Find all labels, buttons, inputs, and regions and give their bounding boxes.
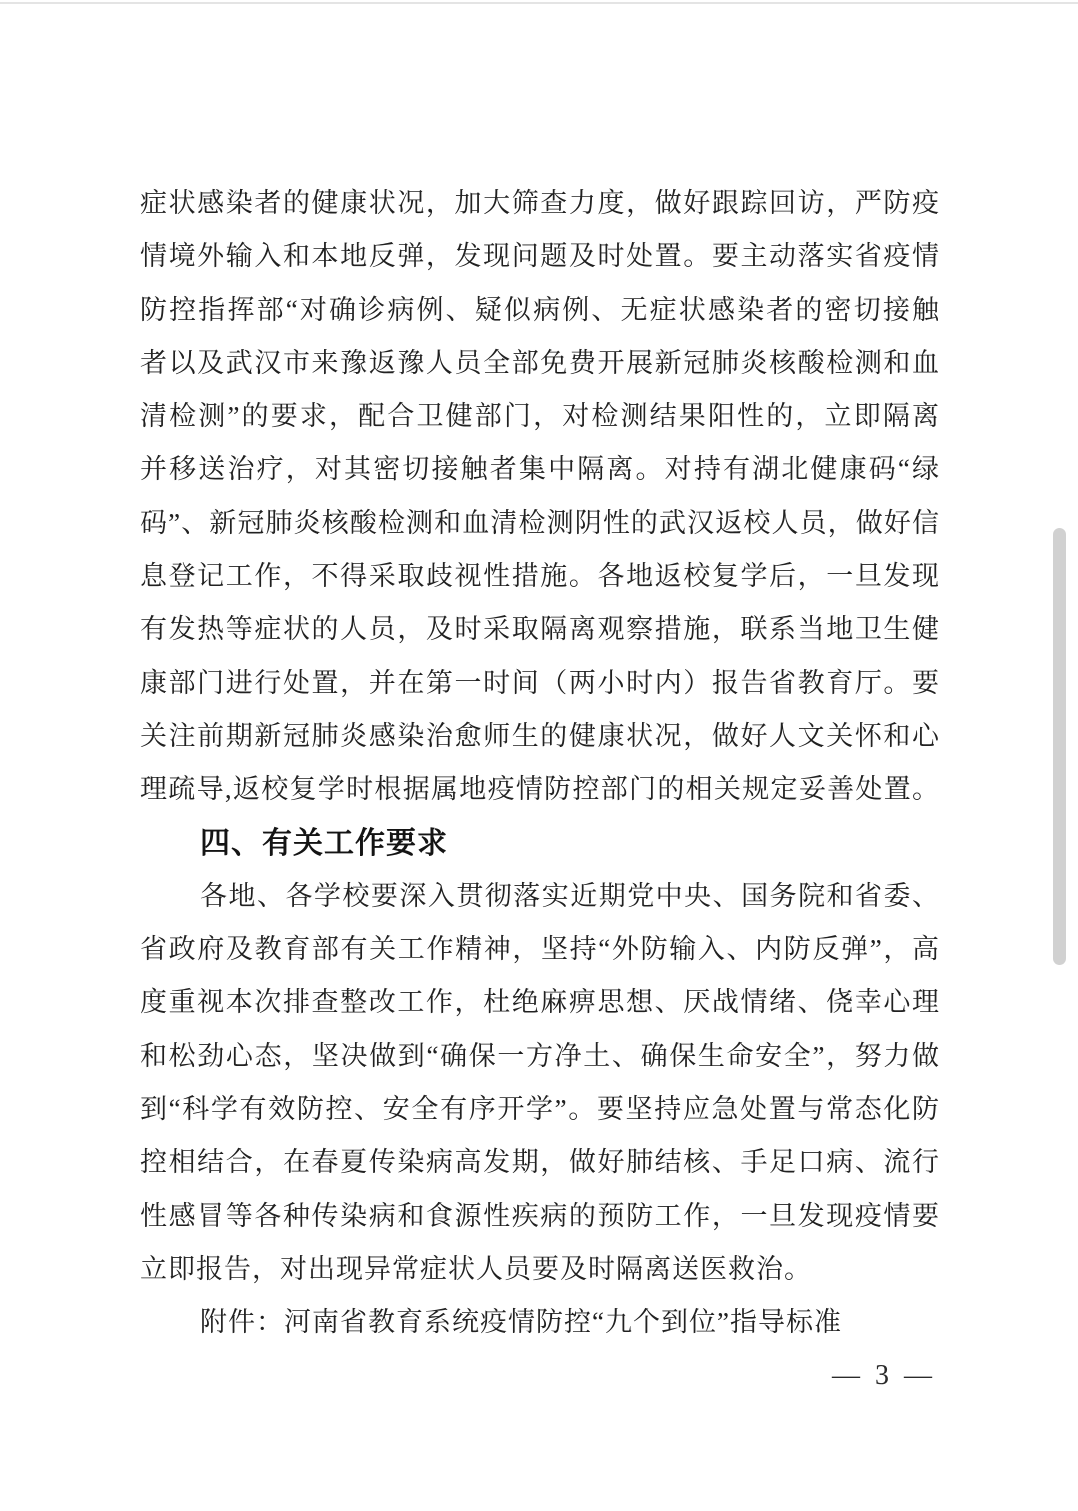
scrollbar-thumb[interactable] xyxy=(1053,528,1066,965)
text-line: 各地、各学校要深入贯彻落实近期党中央、国务院和省委、 xyxy=(140,870,940,923)
text-line: 清检测”的要求，配合卫健部门，对检测结果阳性的，立即隔离 xyxy=(140,390,940,443)
text-line: 性感冒等各种传染病和食源性疾病的预防工作，一旦发现疫情要 xyxy=(140,1190,940,1243)
text-line: 并移送治疗，对其密切接触者集中隔离。对持有湖北健康码“绿 xyxy=(140,443,940,496)
text-line: 码”、新冠肺炎核酸检测和血清检测阴性的武汉返校人员，做好信 xyxy=(140,497,940,550)
document-page: 症状感染者的健康状况，加大筛查力度，做好跟踪回访，严防疫情境外输入和本地反弹，发… xyxy=(0,0,1078,1511)
text-line: 息登记工作，不得采取歧视性措施。各地返校复学后，一旦发现 xyxy=(140,550,940,603)
text-line: 防控指挥部“对确诊病例、疑似病例、无症状感染者的密切接触 xyxy=(140,284,940,337)
text-line: 者以及武汉市来豫返豫人员全部免费开展新冠肺炎核酸检测和血 xyxy=(140,337,940,390)
text-line: 到“科学有效防控、安全有序开学”。要坚持应急处置与常态化防 xyxy=(140,1083,940,1136)
text-line: 和松劲心态，坚决做到“确保一方净土、确保生命安全”，努力做 xyxy=(140,1030,940,1083)
text-line: 症状感染者的健康状况，加大筛查力度，做好跟踪回访，严防疫 xyxy=(140,177,940,230)
text-line: 情境外输入和本地反弹，发现问题及时处置。要主动落实省疫情 xyxy=(140,230,940,283)
text-line: 立即报告，对出现异常症状人员要及时隔离送医救治。 xyxy=(140,1243,940,1296)
text-line: 省政府及教育部有关工作精神，坚持“外防输入、内防反弹”，高 xyxy=(140,923,940,976)
text-line: 理疏导,返校复学时根据属地疫情防控部门的相关规定妥善处置。 xyxy=(140,763,940,816)
text-line: 控相结合，在春夏传染病高发期，做好肺结核、手足口病、流行 xyxy=(140,1136,940,1189)
section-heading: 四、有关工作要求 xyxy=(140,817,940,870)
text-line: 关注前期新冠肺炎感染治愈师生的健康状况，做好人文关怀和心 xyxy=(140,710,940,763)
text-line: 度重视本次排查整改工作，杜绝麻痹思想、厌战情绪、侥幸心理 xyxy=(140,976,940,1029)
attachment-line: 附件：河南省教育系统疫情防控“九个到位”指导标准 xyxy=(140,1296,940,1349)
text-line: 康部门进行处置，并在第一时间（两小时内）报告省教育厅。要 xyxy=(140,657,940,710)
page-top-divider xyxy=(0,2,1078,4)
document-text-column: 症状感染者的健康状况，加大筛查力度，做好跟踪回访，严防疫情境外输入和本地反弹，发… xyxy=(140,177,940,1350)
page-number: — 3 — xyxy=(140,1360,936,1392)
text-line: 有发热等症状的人员，及时采取隔离观察措施，联系当地卫生健 xyxy=(140,603,940,656)
